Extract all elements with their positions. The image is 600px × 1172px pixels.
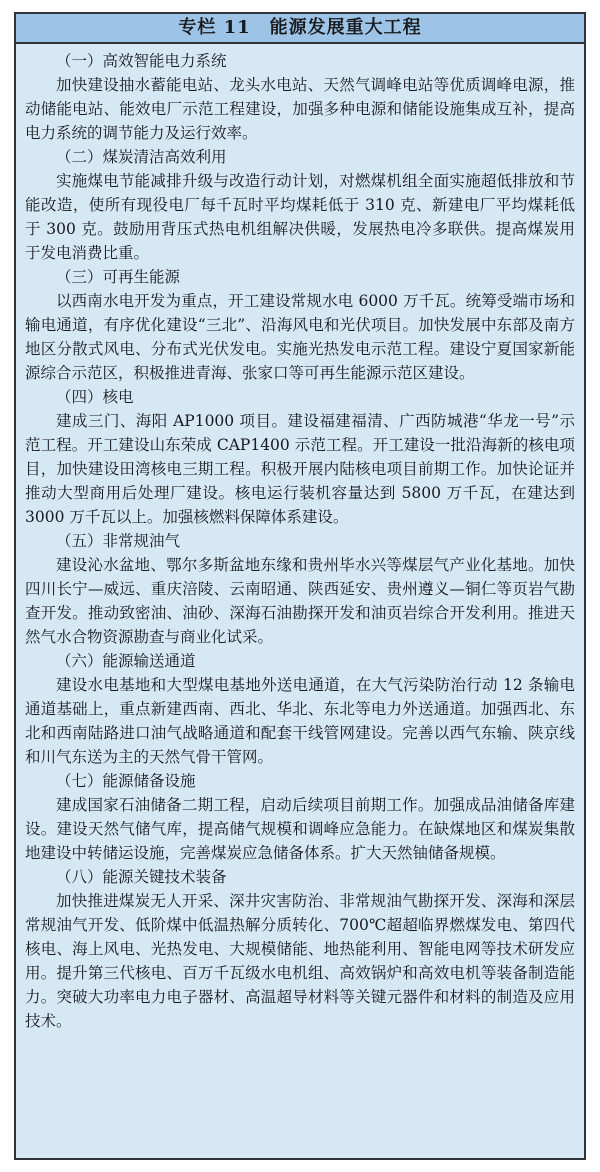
section-6-text: 建设水电基地和大型煤电基地外送电通道，在大气污染防治行动 12 条输电通道基础上…	[25, 673, 575, 769]
column-body: （一）高效智能电力系统 加快建设抽水蓄能电站、龙头水电站、天然气调峰电站等优质调…	[16, 44, 584, 1037]
section-5-heading: （五）非常规油气	[25, 529, 575, 553]
section-6: （六）能源输送通道 建设水电基地和大型煤电基地外送电通道，在大气污染防治行动 1…	[25, 649, 575, 769]
column-box: 专栏 11 能源发展重大工程 （一）高效智能电力系统 加快建设抽水蓄能电站、龙头…	[14, 12, 586, 1160]
section-7-text: 建成国家石油储备二期工程，启动后续项目前期工作。加强成品油储备库建设。建设天然气…	[25, 793, 575, 865]
section-5: （五）非常规油气 建设沁水盆地、鄂尔多斯盆地东缘和贵州毕水兴等煤层气产业化基地。…	[25, 529, 575, 649]
section-7: （七）能源储备设施 建成国家石油储备二期工程，启动后续项目前期工作。加强成品油储…	[25, 769, 575, 865]
section-2: （二）煤炭清洁高效利用 实施煤电节能减排升级与改造行动计划，对燃煤机组全面实施超…	[25, 145, 575, 265]
section-3-text: 以西南水电开发为重点，开工建设常规水电 6000 万千瓦。统筹受端市场和输电通道…	[25, 289, 575, 385]
section-1-text: 加快建设抽水蓄能电站、龙头水电站、天然气调峰电站等优质调峰电源，推动储能电站、能…	[25, 73, 575, 145]
section-1: （一）高效智能电力系统 加快建设抽水蓄能电站、龙头水电站、天然气调峰电站等优质调…	[25, 49, 575, 145]
section-4-heading: （四）核电	[25, 385, 575, 409]
section-4: （四）核电 建成三门、海阳 AP1000 项目。建设福建福清、广西防城港“华龙一…	[25, 385, 575, 529]
section-2-text: 实施煤电节能减排升级与改造行动计划，对燃煤机组全面实施超低排放和节能改造，使所有…	[25, 169, 575, 265]
section-5-text: 建设沁水盆地、鄂尔多斯盆地东缘和贵州毕水兴等煤层气产业化基地。加快四川长宁—威远…	[25, 553, 575, 649]
section-6-heading: （六）能源输送通道	[25, 649, 575, 673]
section-4-text: 建成三门、海阳 AP1000 项目。建设福建福清、广西防城港“华龙一号”示范工程…	[25, 409, 575, 529]
section-3-heading: （三）可再生能源	[25, 265, 575, 289]
section-8-heading: （八）能源关键技术装备	[25, 865, 575, 889]
column-title: 专栏 11 能源发展重大工程	[16, 14, 584, 44]
section-8-text: 加快推进煤炭无人开采、深井灾害防治、非常规油气勘探开发、深海和深层常规油气开发、…	[25, 889, 575, 1033]
section-1-heading: （一）高效智能电力系统	[25, 49, 575, 73]
section-3: （三）可再生能源 以西南水电开发为重点，开工建设常规水电 6000 万千瓦。统筹…	[25, 265, 575, 385]
section-7-heading: （七）能源储备设施	[25, 769, 575, 793]
section-2-heading: （二）煤炭清洁高效利用	[25, 145, 575, 169]
section-8: （八）能源关键技术装备 加快推进煤炭无人开采、深井灾害防治、非常规油气勘探开发、…	[25, 865, 575, 1033]
